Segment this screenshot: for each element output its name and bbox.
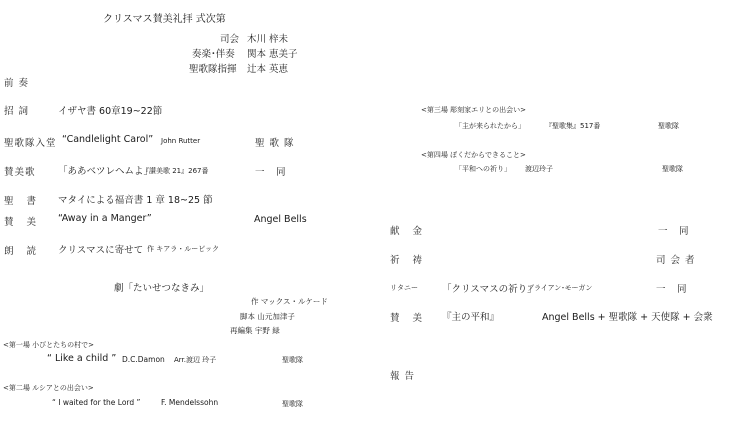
scene2-song: “ I waited for the Lord ” [52,398,140,407]
drama-title: 劇「たいせつなきみ」 [114,280,209,294]
scene1-performer: 聖歌隊 [282,355,303,365]
prayer-label: 祈 祷 [390,252,427,266]
praise2-label: 賛 美 [390,310,427,324]
scene4-song: 「平和への祈り」 [455,164,511,174]
scene2-performer: 聖歌隊 [282,399,303,409]
scene3-performer: 聖歌隊 [658,121,679,131]
praise-label: 賛 美 [4,214,41,228]
credit-role-organist: 奏楽･伴奏 [192,46,235,60]
offering-label: 献 金 [390,223,427,237]
praise-title: “Away in a Manger” [58,213,152,224]
choir-entrance-title: “Candlelight Carol” [62,134,153,145]
call-label: 招 詞 [4,103,29,117]
praise2-performer: Angel Bells + 聖歌隊 + 天使隊 + 会衆 [542,309,713,323]
choir-entrance-composer: John Rutter [161,137,200,145]
litany-title: 「クリスマスの祈り」 [442,281,537,295]
hymn-label: 賛美歌 [4,164,36,178]
choir-entrance-performer: 聖 歌 隊 [255,135,295,149]
reading-author: 作 キアラ・ルービック [147,244,219,254]
litany-author: ブライアン･モーガン [527,283,592,293]
praise-performer: Angel Bells [254,214,307,225]
scene3-heading: <第三場 彫刻家エリとの出会い> [421,105,526,115]
hymn-ref: 『讃美歌 21』267番 [142,166,209,176]
drama-script: 脚本 山元加津子 [240,311,295,322]
credit-role-mc: 司会 [220,31,239,45]
drama-author: 作 マックス・ルケード [251,296,328,307]
scene1-song: “ Like a child ” [47,353,116,364]
choir-entrance-label: 聖歌隊入堂 [4,135,57,149]
scene3-song: 「主が来られたから」 [455,121,525,131]
page-title: クリスマス賛美礼拝 式次第 [103,10,226,25]
prayer-performer: 司 会 者 [656,252,696,266]
scene3-ref: 『聖歌集』517番 [545,121,600,131]
scene2-heading: <第二場 ルシアとの出会い> [3,383,94,393]
scene1-arranger: Arr.渡辺 玲子 [174,355,216,365]
litany-label: リタニー [390,283,418,293]
reading-title: クリスマスに寄せて [58,242,143,256]
credit-name-organist: 関本 恵美子 [247,46,298,60]
call-text: イザヤ書 60章19~22節 [58,103,162,117]
praise2-title: 『主の平和』 [442,309,499,323]
scene4-performer: 聖歌隊 [662,164,683,174]
credit-name-conductor: 辻本 英恵 [247,61,288,75]
report-label: 報 告 [390,368,415,382]
reading-label: 朗 読 [4,243,41,257]
scene4-heading: <第四場 ぼくだからできること> [421,150,526,160]
hymn-performer: 一 同 [255,164,287,178]
hymn-title: 「ああベツレヘムよ」 [58,163,153,177]
scene1-composer: D.C.Damon [122,355,165,364]
scene2-composer: F. Mendelssohn [161,398,218,407]
scripture-label: 聖 書 [4,193,41,207]
credit-role-conductor: 聖歌隊指揮 [189,61,237,75]
credit-name-mc: 木川 梓未 [247,31,288,45]
drama-reedit: 再編集 宇野 緑 [230,325,280,336]
scripture-text: マタイによる福音書 1 章 18~25 節 [58,192,213,206]
scene4-composer: 渡辺玲子 [525,164,553,174]
offering-performer: 一 同 [658,223,690,237]
litany-performer: 一 同 [656,281,688,295]
prelude-label: 前 奏 [4,75,29,89]
scene1-heading: <第一場 小びとたちの村で> [3,340,94,350]
